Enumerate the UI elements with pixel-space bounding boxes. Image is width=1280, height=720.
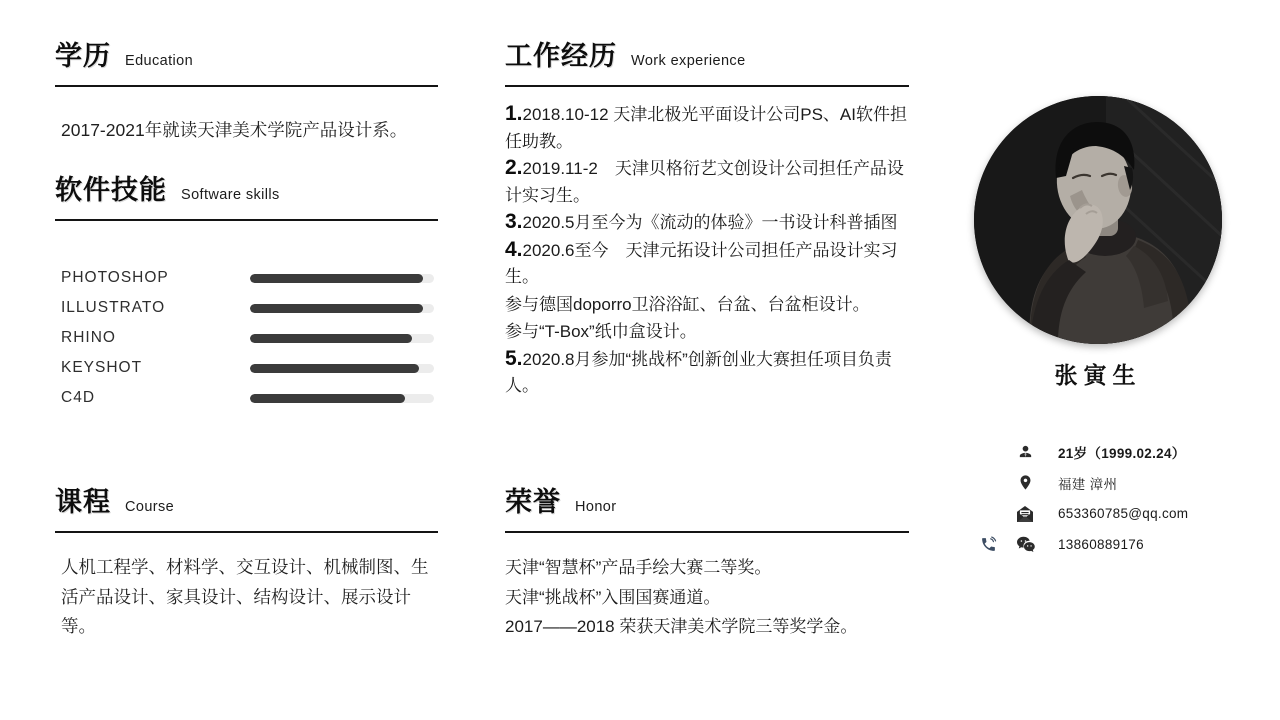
honor-line: 2017——2018 荣获天津美术学院三等奖学金。 (505, 612, 909, 642)
contact-phone-text: 13860889176 (1058, 537, 1144, 552)
skills-list: PHOTOSHOP ILLUSTRATO RHINO KEYSHOT C4D (61, 263, 438, 413)
skill-bar (250, 394, 434, 403)
work-item-number: 1. (505, 102, 523, 125)
work-item-number: 5. (505, 347, 523, 370)
contact-row-phone: 13860889176 (1014, 529, 1188, 560)
honor-header: 荣誉 Honor (505, 486, 909, 533)
contact-row-location: 福建 漳州 (1014, 467, 1188, 498)
work-item-text: 2020.8月参加“挑战杯”创新创业大赛担任项目负责人。 (505, 350, 892, 396)
section-education: 学历 Education 2017-2021年就读天津美术学院产品设计系。 (55, 40, 438, 143)
honor-list: 天津“智慧杯”产品手绘大赛二等奖。 天津“挑战杯”入围国赛通道。 2017——2… (505, 553, 909, 642)
work-item-text: 参与“T-Box”纸巾盒设计。 (505, 322, 697, 341)
skills-header: 软件技能 Software skills (55, 174, 438, 221)
wechat-icon (1014, 536, 1036, 553)
skill-row-photoshop: PHOTOSHOP (61, 263, 438, 293)
education-body: 2017-2021年就读天津美术学院产品设计系。 (61, 117, 438, 143)
skill-bar (250, 334, 434, 343)
work-item: 3.2020.5月至今为《流动的体验》一书设计科普插图 (505, 209, 909, 237)
honor-line: 天津“智慧杯”产品手绘大赛二等奖。 (505, 553, 909, 583)
contact-list: 21岁（1999.02.24） 福建 漳州 653360785@qq.com 1… (1014, 436, 1188, 560)
skills-title-en: Software skills (181, 187, 280, 203)
work-item-number: 4. (505, 238, 523, 261)
skill-bar-fill (250, 394, 405, 403)
skill-row-keyshot: KEYSHOT (61, 353, 438, 383)
work-item: 参与德国doporro卫浴浴缸、台盆、台盆柜设计。 (505, 291, 909, 319)
skill-bar-fill (250, 274, 423, 283)
course-title-zh: 课程 (55, 486, 111, 518)
skill-row-illustrato: ILLUSTRATO (61, 293, 438, 323)
contact-email-text: 653360785@qq.com (1058, 506, 1188, 521)
contact-location-text: 福建 漳州 (1058, 473, 1117, 493)
email-icon (1014, 506, 1036, 522)
course-body: 人机工程学、材料学、交互设计、机械制图、生活产品设计、家具设计、结构设计、展示设… (61, 553, 438, 642)
section-work-experience: 工作经历 Work experience 1.2018.10-12 天津北极光平… (505, 40, 909, 400)
phone-icon (980, 536, 997, 558)
profile-photo-illustration (974, 96, 1222, 344)
work-item-text: 2020.6至今 天津元拓设计公司担任产品设计实习生。 (505, 241, 898, 287)
skill-bar (250, 364, 434, 373)
profile-photo (974, 96, 1222, 344)
contact-row-age: 21岁（1999.02.24） (1014, 436, 1188, 467)
honor-line: 天津“挑战杯”入围国赛通道。 (505, 583, 909, 613)
education-title-en: Education (125, 53, 193, 69)
education-title-zh: 学历 (55, 40, 111, 72)
section-software-skills: 软件技能 Software skills PHOTOSHOP ILLUSTRAT… (55, 174, 438, 413)
honor-title-en: Honor (575, 499, 617, 515)
work-title-en: Work experience (631, 53, 746, 69)
work-item: 4.2020.6至今 天津元拓设计公司担任产品设计实习生。 (505, 237, 909, 291)
person-name: 张寅生 (974, 357, 1222, 390)
work-list: 1.2018.10-12 天津北极光平面设计公司PS、AI软件担任助教。 2.2… (505, 101, 909, 400)
course-title-en: Course (125, 499, 174, 515)
work-item-text: 2020.5月至今为《流动的体验》一书设计科普插图 (523, 213, 898, 232)
skill-bar (250, 304, 434, 313)
work-item: 参与“T-Box”纸巾盒设计。 (505, 318, 909, 346)
work-item-text: 2019.11-2 天津贝格衍艺文创设计公司担任产品设计实习生。 (505, 159, 904, 205)
skill-row-c4d: C4D (61, 383, 438, 413)
work-item-text: 参与德国doporro卫浴浴缸、台盆、台盆柜设计。 (505, 295, 870, 314)
work-header: 工作经历 Work experience (505, 40, 909, 87)
skill-label: ILLUSTRATO (61, 299, 250, 317)
skills-title-zh: 软件技能 (55, 174, 167, 206)
section-course: 课程 Course 人机工程学、材料学、交互设计、机械制图、生活产品设计、家具设… (55, 486, 438, 642)
section-honor: 荣誉 Honor 天津“智慧杯”产品手绘大赛二等奖。 天津“挑战杯”入围国赛通道… (505, 486, 909, 642)
skill-label: RHINO (61, 329, 250, 347)
work-item: 5.2020.8月参加“挑战杯”创新创业大赛担任项目负责人。 (505, 346, 909, 400)
skill-bar-fill (250, 304, 423, 313)
skill-bar-fill (250, 334, 412, 343)
skill-label: C4D (61, 389, 250, 407)
contact-age-text: 21岁（1999.02.24） (1058, 442, 1186, 462)
skill-label: KEYSHOT (61, 359, 250, 377)
work-item-text: 2018.10-12 天津北极光平面设计公司PS、AI软件担任助教。 (505, 105, 907, 151)
work-item-number: 2. (505, 156, 523, 179)
course-header: 课程 Course (55, 486, 438, 533)
work-item-number: 3. (505, 210, 523, 233)
location-icon (1014, 474, 1036, 491)
skill-bar (250, 274, 434, 283)
person-icon (1014, 443, 1036, 460)
work-item: 1.2018.10-12 天津北极光平面设计公司PS、AI软件担任助教。 (505, 101, 909, 155)
skill-row-rhino: RHINO (61, 323, 438, 353)
work-title-zh: 工作经历 (505, 40, 617, 72)
honor-title-zh: 荣誉 (505, 486, 561, 518)
skill-label: PHOTOSHOP (61, 269, 250, 287)
education-header: 学历 Education (55, 40, 438, 87)
skill-bar-fill (250, 364, 419, 373)
work-item: 2.2019.11-2 天津贝格衍艺文创设计公司担任产品设计实习生。 (505, 155, 909, 209)
contact-row-email: 653360785@qq.com (1014, 498, 1188, 529)
